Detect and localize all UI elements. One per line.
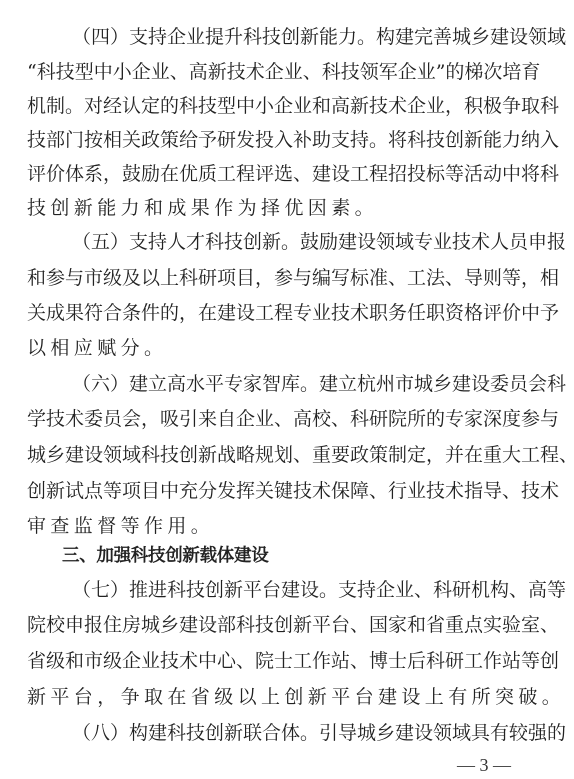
paragraph-7-line-3: 省级和市级企业技术中心、院士工作站、博士后科研工作站等创 xyxy=(27,646,528,676)
paragraph-4-line-1: （四）支持企业提升科技创新能力。构建完善城乡建设领域 xyxy=(72,22,528,52)
paragraph-4-line-6: 技创新能力和成果作为择优因素。 xyxy=(27,193,528,223)
paragraph-4-line-3: 机制。对经认定的科技型中小企业和高新技术企业，积极争取科 xyxy=(27,91,528,121)
paragraph-5-line-2: 和参与市级及以上科研项目，参与编写标准、工法、导则等，相 xyxy=(27,263,528,293)
paragraph-5-line-4: 以相应赋分。 xyxy=(27,333,528,363)
paragraph-7-line-1: （七）推进科技创新平台建设。支持企业、科研机构、高等 xyxy=(72,575,528,605)
paragraph-5-line-1: （五）支持人才科技创新。鼓励建设领域专业技术人员申报 xyxy=(72,227,528,257)
paragraph-6-line-3: 城乡建设领域科技创新战略规划、重要政策制定，并在重大工程、 xyxy=(27,440,528,470)
paragraph-6-line-1: （六）建立高水平专家智库。建立杭州市城乡建设委员会科 xyxy=(72,369,528,399)
document-page: （四）支持企业提升科技创新能力。构建完善城乡建设领域 “科技型中小企业、高新技术… xyxy=(0,0,574,779)
paragraph-7-line-4: 新平台，争取在省级以上创新平台建设上有所突破。 xyxy=(27,682,528,712)
paragraph-8-line-1: （八）构建科技创新联合体。引导城乡建设领域具有较强的 xyxy=(72,718,528,748)
section-heading: 三、加强科技创新载体建设 xyxy=(62,541,268,571)
paragraph-4-line-5: 评价体系，鼓励在优质工程评选、建设工程招投标等活动中将科 xyxy=(27,159,528,189)
paragraph-6-line-2: 学技术委员会，吸引来自企业、高校、科研院所的专家深度参与 xyxy=(27,404,528,434)
paragraph-7-line-2: 院校申报住房城乡建设部科技创新平台、国家和省重点实验室、 xyxy=(27,610,528,640)
paragraph-5-line-3: 关成果符合条件的，在建设工程专业技术职务任职资格评价中予 xyxy=(27,298,528,328)
paragraph-4-line-4: 技部门按相关政策给予研发投入补助支持。将科技创新能力纳入 xyxy=(27,125,528,155)
paragraph-6-line-5: 审查监督等作用。 xyxy=(27,511,528,541)
page-number: — 3 — xyxy=(452,752,516,778)
paragraph-4-line-2: “科技型中小企业、高新技术企业、科技领军企业”的梯次培育 xyxy=(27,57,528,87)
paragraph-6-line-4: 创新试点等项目中充分发挥关键技术保障、行业技术指导、技术 xyxy=(27,476,528,506)
